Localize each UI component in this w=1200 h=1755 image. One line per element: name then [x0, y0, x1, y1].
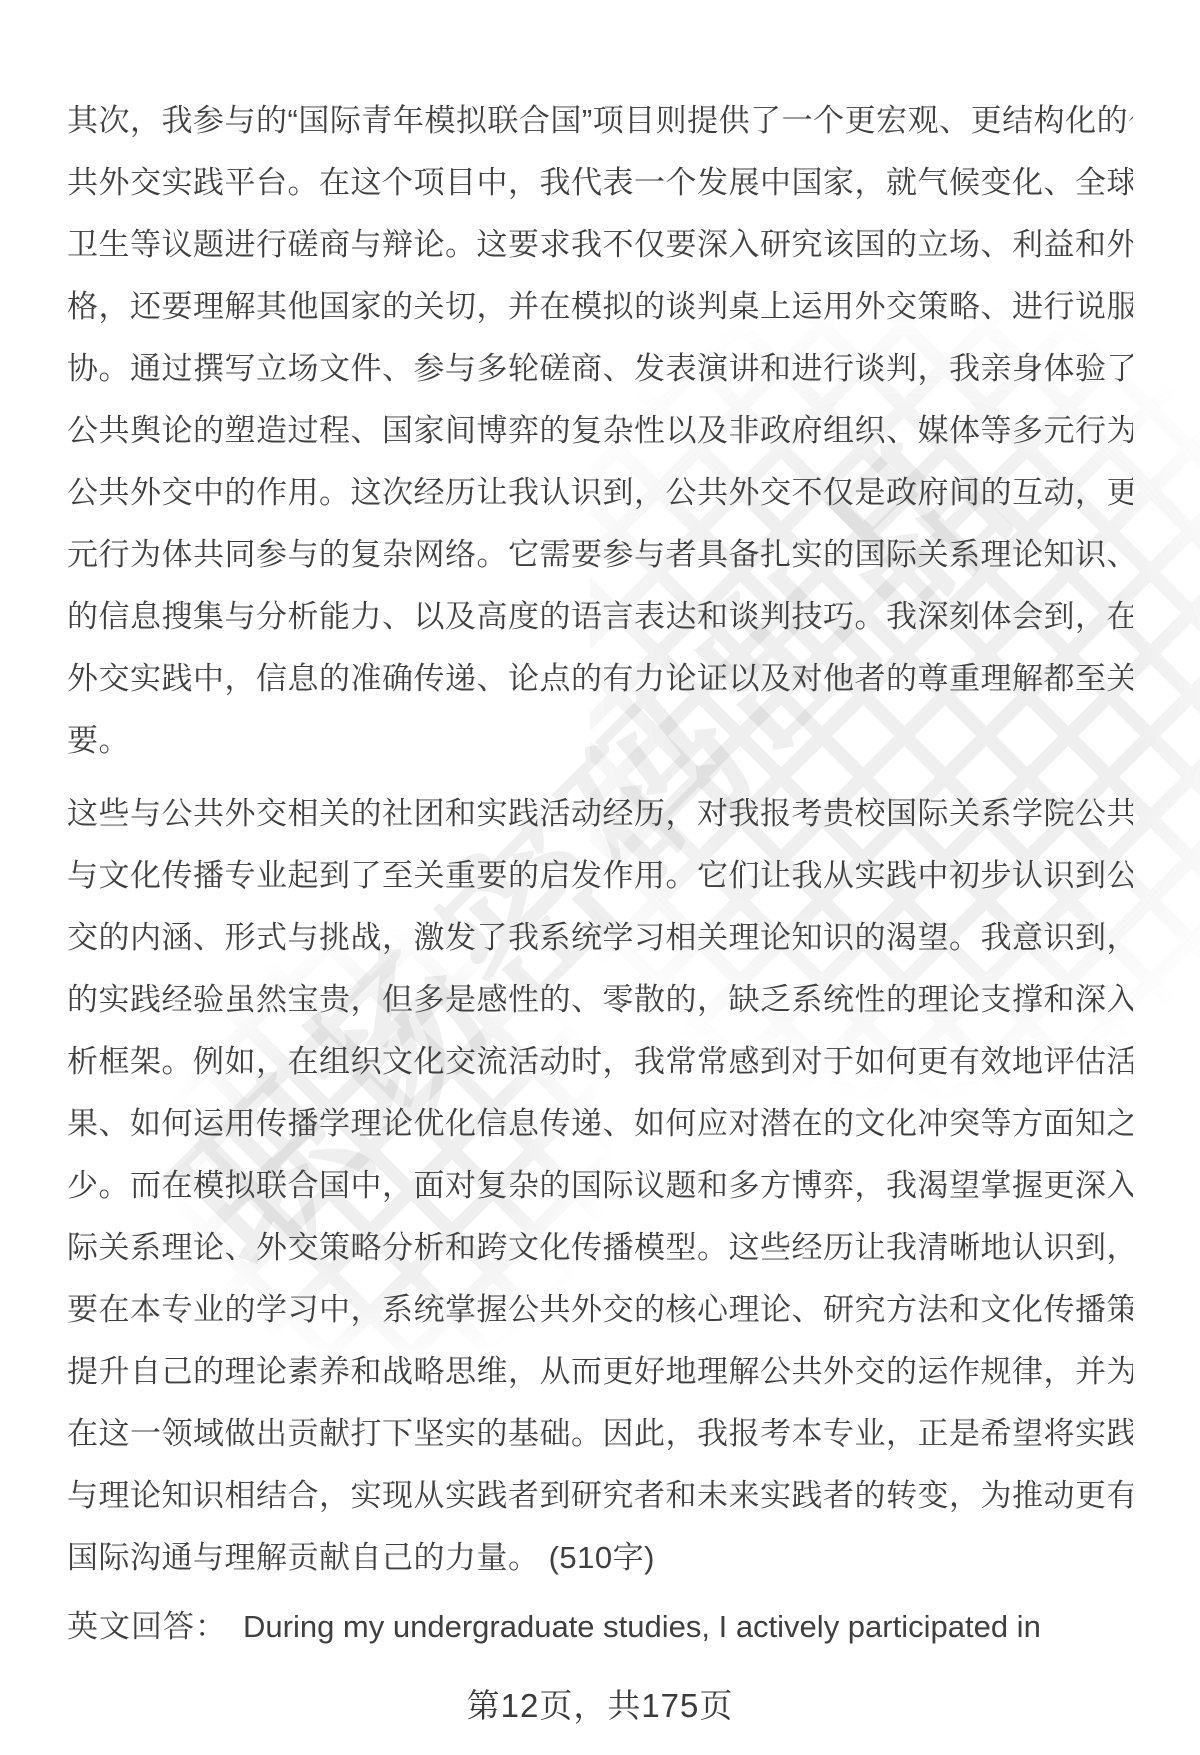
english-answer-text: During my undergraduate studies, I activ…: [243, 1609, 1041, 1644]
text-line: 外交实践中，信息的准确传递、论点的有力论证以及对他者的尊重理解都至关重: [67, 648, 1133, 710]
text-line: 国际沟通与理解贡献自己的力量。 (510字): [67, 1527, 1133, 1589]
text-line: 与文化传播专业起到了至关重要的启发作用。它们让我从实践中初步认识到公共外: [67, 845, 1133, 907]
page-footer: 第12页，共175页: [0, 1684, 1200, 1728]
text-line: 共外交实践平台。在这个项目中，我代表一个发展中国家，就气候变化、全球公共: [67, 152, 1133, 214]
page-indicator: 第12页，共175页: [467, 1687, 734, 1724]
text-line: 要。: [67, 710, 1133, 772]
text-line: 公共舆论的塑造过程、国家间博弈的复杂性以及非政府组织、媒体等多元行为体在: [67, 400, 1133, 462]
text-line: 少。而在模拟联合国中，面对复杂的国际议题和多方博弈，我渴望掌握更深入的国: [67, 1155, 1133, 1217]
text-line: 交的内涵、形式与挑战，激发了我系统学习相关理论知识的渴望。我意识到，过往: [67, 907, 1133, 969]
english-answer-label: 英文回答：: [67, 1609, 227, 1644]
text-line: 在这一领域做出贡献打下坚实的基础。因此，我报考本专业，正是希望将实践经验: [67, 1403, 1133, 1465]
text-line: 元行为体共同参与的复杂网络。它需要参与者具备扎实的国际关系理论知识、出色: [67, 524, 1133, 586]
text-line: 提升自己的理论素养和战略思维，从而更好地理解公共外交的运作规律，并为未来: [67, 1341, 1133, 1403]
text-line: 际关系理论、外交策略分析和跨文化传播模型。这些经历让我清晰地认识到，我需: [67, 1217, 1133, 1279]
paragraph-1: 其次，我参与的“国际青年模拟联合国”项目则提供了一个更宏观、更结构化的公共外交实…: [67, 90, 1133, 772]
text-line: 公共外交中的作用。这次经历让我认识到，公共外交不仅是政府间的互动，更是多: [67, 462, 1133, 524]
text-line: 这些与公共外交相关的社团和实践活动经历，对我报考贵校国际关系学院公共外交: [67, 783, 1133, 845]
text-line: 格，还要理解其他国家的关切，并在模拟的谈判桌上运用外交策略、进行说服和妥: [67, 276, 1133, 338]
text-line: 析框架。例如，在组织文化交流活动时，我常常感到对于如何更有效地评估活动效: [67, 1031, 1133, 1093]
text-line: 卫生等议题进行磋商与辩论。这要求我不仅要深入研究该国的立场、利益和外交风: [67, 214, 1133, 276]
text-line: 的实践经验虽然宝贵，但多是感性的、零散的，缺乏系统性的理论支撑和深入的分: [67, 969, 1133, 1031]
document-page: 职场密码出品 其次，我参与的“国际青年模拟联合国”项目则提供了一个更宏观、更结构…: [0, 0, 1200, 1755]
text-line: 与理论知识相结合，实现从实践者到研究者和未来实践者的转变，为推动更有效的: [67, 1465, 1133, 1527]
paragraph-2: 这些与公共外交相关的社团和实践活动经历，对我报考贵校国际关系学院公共外交与文化传…: [67, 783, 1133, 1589]
text-line: 其次，我参与的“国际青年模拟联合国”项目则提供了一个更宏观、更结构化的公: [67, 90, 1133, 152]
english-answer-line: 英文回答：During my undergraduate studies, I …: [67, 1596, 1133, 1658]
text-line: 协。通过撰写立场文件、参与多轮磋商、发表演讲和进行谈判，我亲身体验了国际: [67, 338, 1133, 400]
text-line: 要在本专业的学习中，系统掌握公共外交的核心理论、研究方法和文化传播策略，: [67, 1279, 1133, 1341]
text-line: 的信息搜集与分析能力、以及高度的语言表达和谈判技巧。我深刻体会到，在公共: [67, 586, 1133, 648]
text-line: 果、如何运用传播学理论优化信息传递、如何应对潜在的文化冲突等方面知之甚: [67, 1093, 1133, 1155]
